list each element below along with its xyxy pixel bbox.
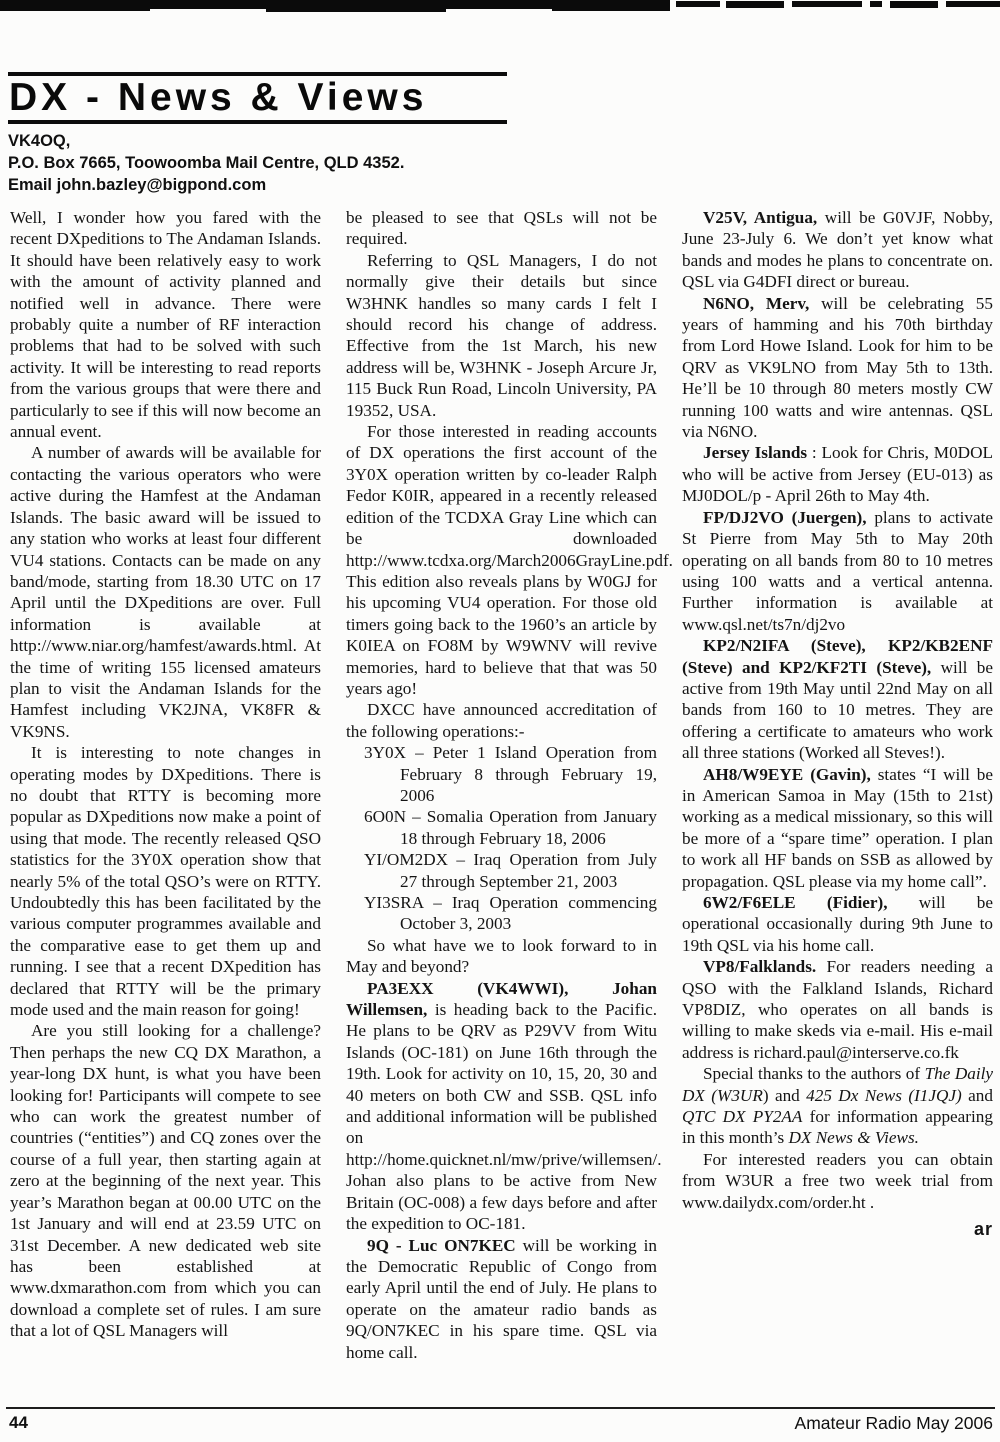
paragraph: V25V, Antigua, will be G0VJF, Nobby, Jun… (682, 207, 993, 293)
paragraph: KP2/N2IFA (Steve), KP2/KB2ENF (Steve) an… (682, 635, 993, 763)
scan-mark (148, 0, 268, 9)
scan-mark (444, 0, 554, 9)
scan-mark (726, 1, 784, 8)
scan-mark (266, 0, 446, 12)
paragraph: Jersey Islands : Look for Chris, M0DOL w… (682, 442, 993, 506)
paragraph: AH8/W9EYE (Gavin), states “I will be in … (682, 764, 993, 892)
paragraph: It is interesting to note changes in ope… (10, 742, 321, 1020)
article-header: DX - News & Views VK4OQ, P.O. Box 7665, … (8, 72, 507, 196)
article-column-3: V25V, Antigua, will be G0VJF, Nobby, Jun… (682, 207, 993, 1363)
list-item: 3Y0X – Peter 1 Island Operation from Feb… (346, 742, 657, 806)
byline-address: P.O. Box 7665, Toowoomba Mail Centre, QL… (8, 152, 507, 174)
byline-email: Email john.bazley@bigpond.com (8, 174, 507, 196)
paragraph: be pleased to see that QSLs will not be … (346, 207, 657, 250)
paragraph: DXCC have announced accreditation of the… (346, 699, 657, 742)
paragraph: 6W2/F6ELE (Fidier), will be operational … (682, 892, 993, 956)
scan-mark (890, 1, 938, 8)
paragraph: VP8/Falklands. For readers needing a QSO… (682, 956, 993, 1063)
paragraph: A number of awards will be available for… (10, 442, 321, 742)
footer-magazine-title: Amateur Radio May 2006 (795, 1413, 993, 1434)
paragraph: N6NO, Merv, will be celebrating 55 years… (682, 293, 993, 443)
paragraph: Special thanks to the authors of The Dai… (682, 1063, 993, 1149)
paragraph: FP/DJ2VO (Juergen), plans to activate St… (682, 507, 993, 635)
scan-mark (946, 1, 1000, 7)
article-body: Well, I wonder how you fared with the re… (10, 207, 993, 1363)
list-item: YI/OM2DX – Iraq Operation from July 27 t… (346, 849, 657, 892)
paragraph: Are you still looking for a challenge? T… (10, 1020, 321, 1341)
paragraph: So what have we to look forward to in Ma… (346, 935, 657, 978)
title-rule-bottom (8, 120, 507, 124)
page-root: DX - News & Views VK4OQ, P.O. Box 7665, … (0, 0, 1000, 1442)
scan-mark (676, 1, 720, 7)
scan-mark (552, 0, 670, 11)
paragraph: PA3EXX (VK4WWI), Johan Willemsen, is hea… (346, 978, 657, 1235)
byline: VK4OQ, P.O. Box 7665, Toowoomba Mail Cen… (8, 130, 507, 196)
paragraph: Well, I wonder how you fared with the re… (10, 207, 321, 442)
scan-mark (0, 0, 150, 11)
article-title: DX - News & Views (9, 80, 507, 116)
list-item: 6O0N – Somalia Operation from January 18… (346, 806, 657, 849)
scan-mark (870, 1, 882, 7)
article-column-2: be pleased to see that QSLs will not be … (346, 207, 657, 1363)
footer-page-number: 44 (9, 1413, 28, 1433)
scan-mark (792, 1, 862, 7)
footer-rule (6, 1407, 995, 1409)
paragraph: For interested readers you can obtain fr… (682, 1149, 993, 1213)
author-signature: ar (682, 1213, 993, 1240)
article-column-1: Well, I wonder how you fared with the re… (10, 207, 321, 1363)
paragraph: For those interested in reading accounts… (346, 421, 657, 699)
paragraph: Referring to QSL Managers, I do not norm… (346, 250, 657, 421)
list-item: YI3SRA – Iraq Operation commencing Octob… (346, 892, 657, 935)
paragraph: 9Q - Luc ON7KEC will be working in the D… (346, 1235, 657, 1363)
byline-callsign: VK4OQ, (8, 130, 507, 152)
